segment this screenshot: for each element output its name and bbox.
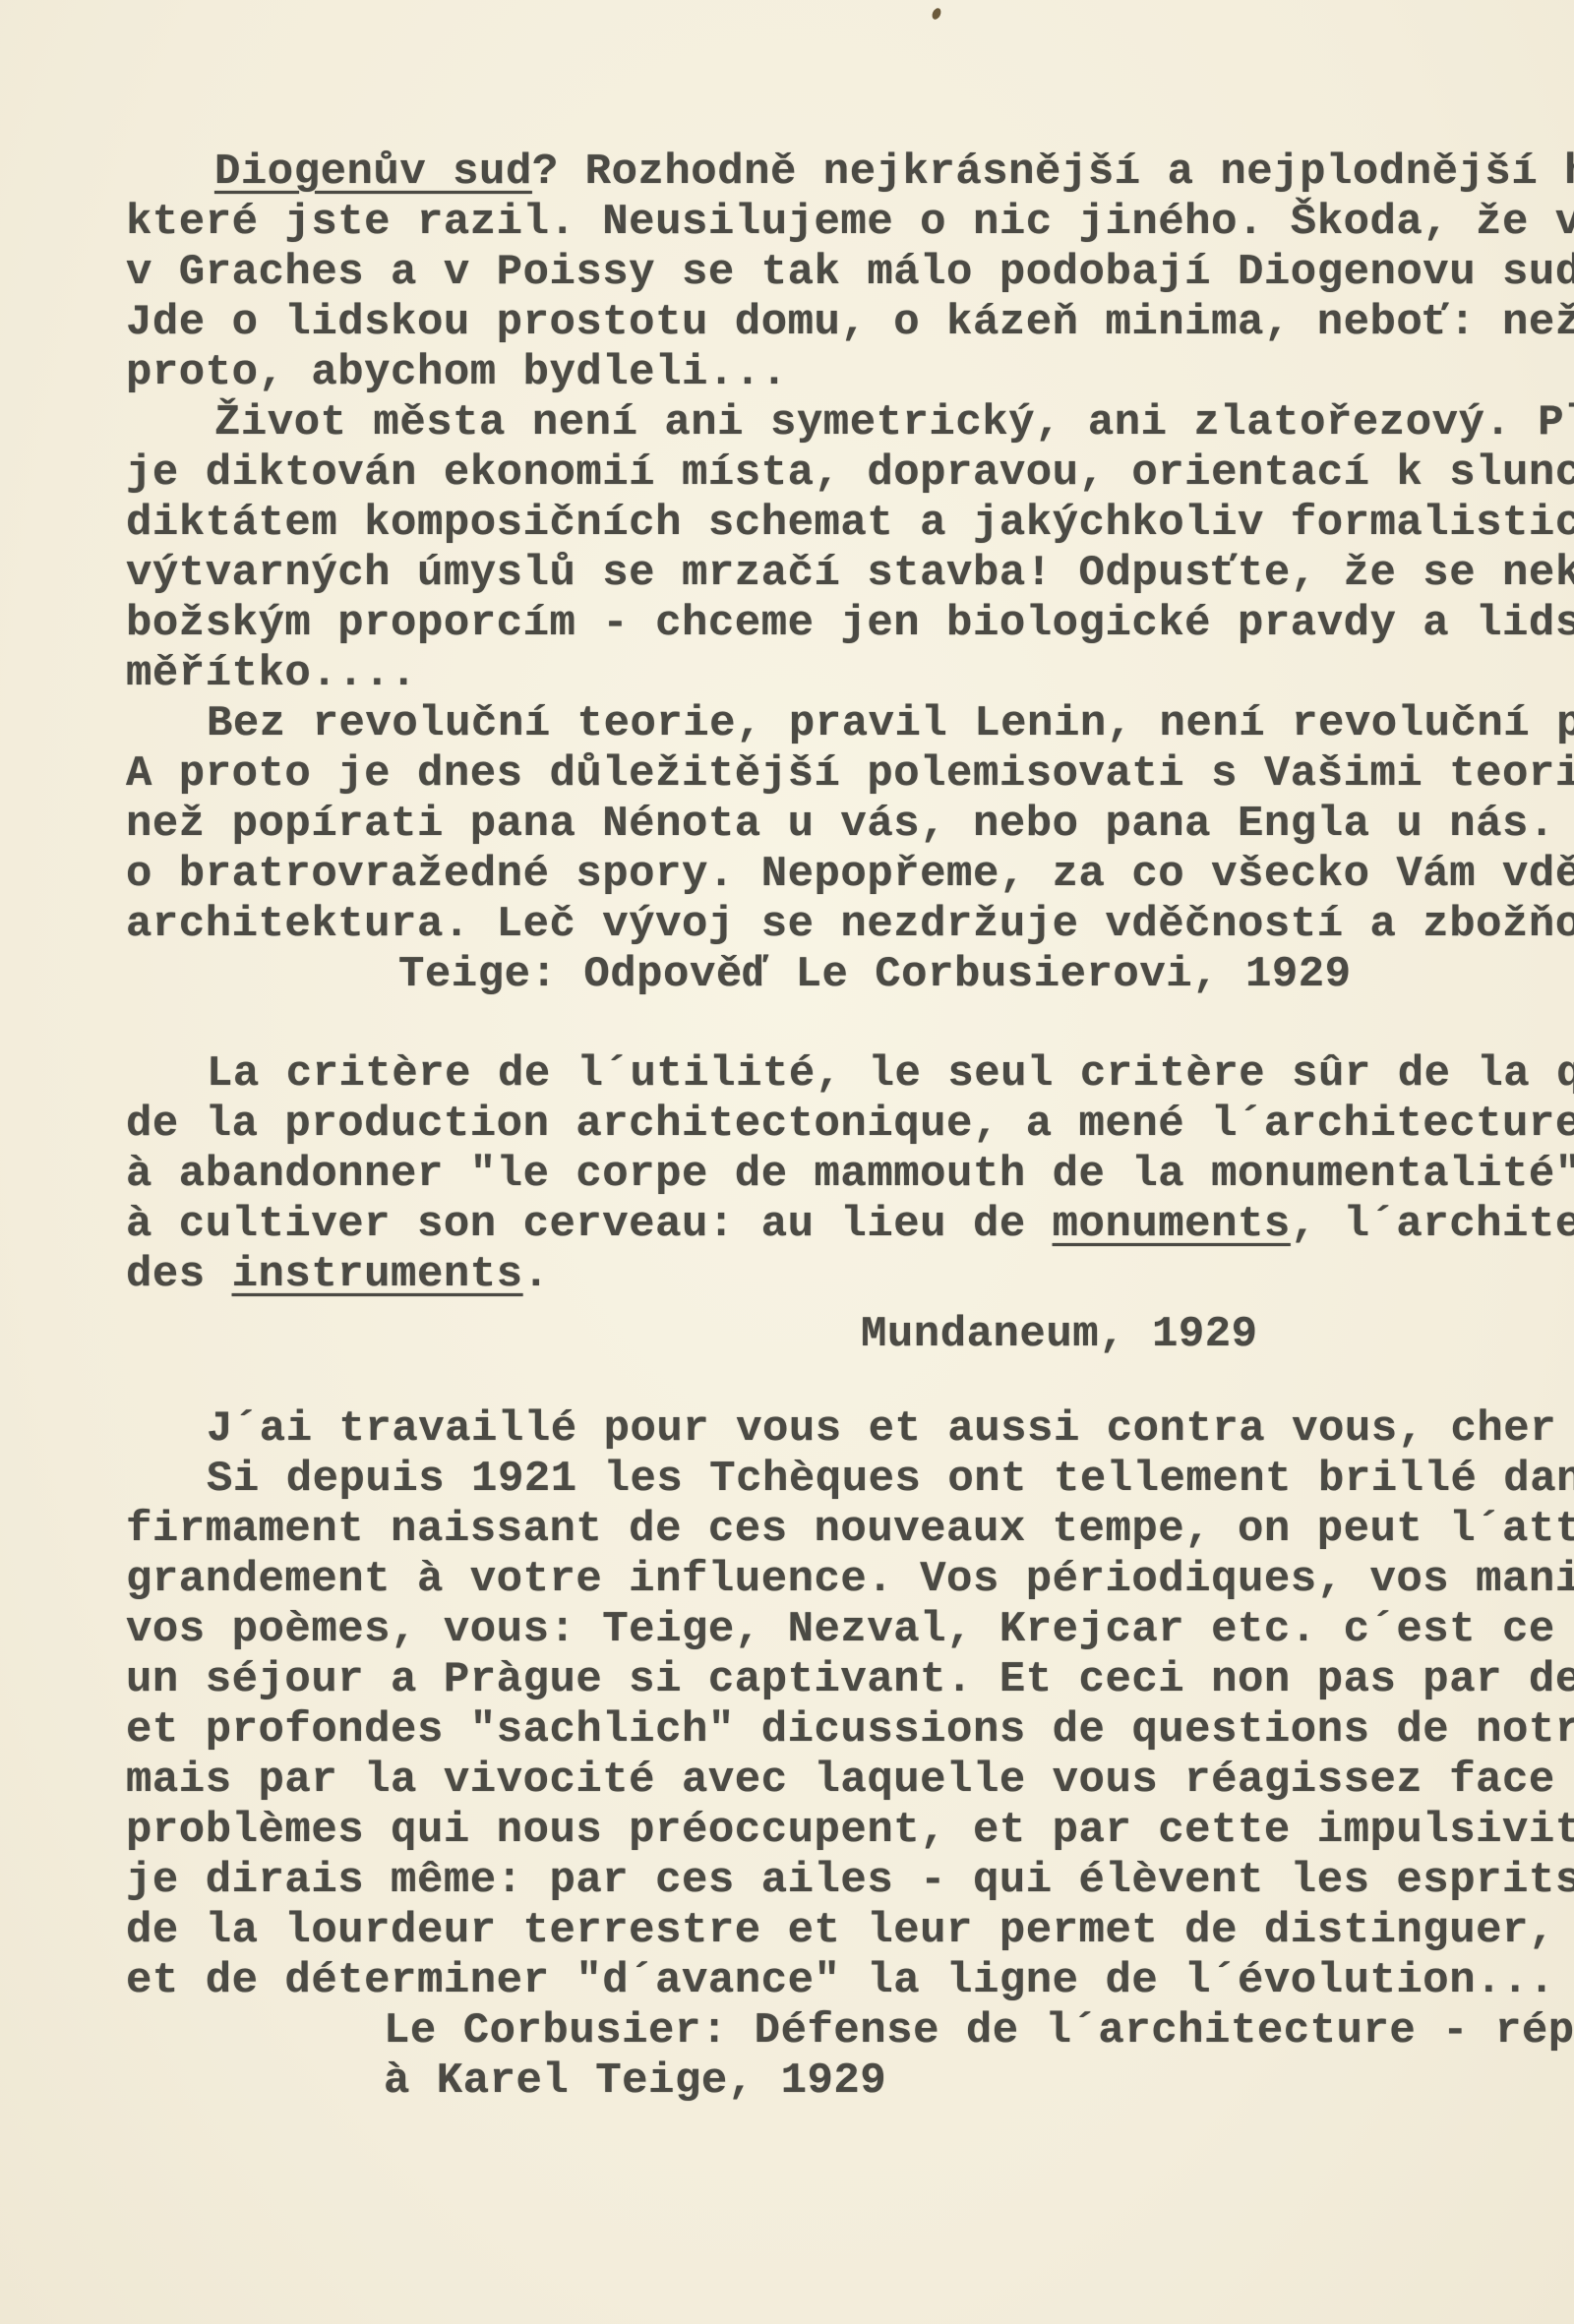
teige-line-7: je diktován ekonomií místa, dopravou, or… [126, 448, 1574, 498]
teige-line-2: které jste razil. Neusilujeme o nic jiné… [126, 198, 1574, 247]
corbusier-line-11: de la lourdeur terrestre et leur permet … [126, 1906, 1574, 1955]
ink-speck [931, 7, 942, 21]
corbusier-line-12: et de déterminer "d´avance" la ligne de … [126, 1956, 1555, 2005]
corbusier-attribution-1: Le Corbusier: Défense de l´architecture … [384, 2006, 1574, 2056]
teige-line-6: Život města není ani symetrický, ani zla… [214, 398, 1574, 447]
typewritten-page: Diogenův sud? Rozhodně nejkrásnější a ne… [0, 0, 1574, 2324]
corbusier-line-6: un séjour a Pràgue si captivant. Et ceci… [126, 1655, 1574, 1704]
teige-line-15: o bratrovražedné spory. Nepopřeme, za co… [126, 850, 1574, 899]
teige-line-16: architektura. Leč vývoj se nezdržuje vdě… [126, 900, 1574, 949]
corbusier-line-2: Si depuis 1921 les Tchèques ont tellemen… [207, 1455, 1574, 1504]
teige-attribution: Teige: Odpověď Le Corbusierovi, 1929 [398, 950, 1352, 999]
teige-line-4: Jde o lidskou prostotu domu, o kázeň min… [126, 298, 1574, 347]
underlined-word: instruments [232, 1250, 523, 1299]
corbusier-attribution-2: à Karel Teige, 1929 [384, 2056, 886, 2106]
corbusier-line-7: et profondes "sachlich" dicussions de qu… [126, 1705, 1574, 1755]
teige-line-12: Bez revoluční teorie, pravil Lenin, není… [207, 699, 1574, 748]
teige-line-10: božským proporcím - chceme jen biologick… [126, 599, 1574, 648]
mundaneum-line-5: des instruments. [126, 1250, 549, 1299]
teige-line-8: diktátem komposičních schemat a jakýchko… [126, 499, 1574, 548]
mundaneum-line-1: La critère de l´utilité, le seul critère… [207, 1049, 1574, 1099]
corbusier-line-9: problèmes qui nous préoccupent, et par c… [126, 1806, 1574, 1855]
underlined-word: monuments [1053, 1200, 1291, 1249]
mundaneum-line-4: à cultiver son cerveau: au lieu de monum… [126, 1200, 1574, 1249]
corbusier-line-8: mais par la vivocité avec laquelle vous … [126, 1756, 1574, 1805]
corbusier-line-1: J´ai travaillé pour vous et aussi contra… [207, 1404, 1574, 1454]
corbusier-line-5: vos poèmes, vous: Teige, Nezval, Krejcar… [126, 1605, 1574, 1654]
corbusier-line-4: grandement à votre influence. Vos périod… [126, 1555, 1574, 1604]
teige-line-11: měřítko.... [126, 649, 417, 698]
teige-line-3: v Graches a v Poissy se tak málo podobaj… [126, 248, 1574, 297]
mundaneum-line-3: à abandonner "le corpe de mammouth de la… [126, 1150, 1574, 1199]
mundaneum-line-2: de la production architectonique, a mené… [126, 1100, 1574, 1149]
underlined-phrase: Diogenův sud [214, 148, 532, 197]
teige-line-5: proto, abychom bydleli... [126, 348, 788, 397]
corbusier-line-3: firmament naissant de ces nouveaux tempe… [126, 1505, 1574, 1554]
teige-line-13: A proto je dnes důležitější polemisovati… [126, 749, 1574, 799]
teige-line-14: než popírati pana Nénota u vás, nebo pan… [126, 800, 1574, 849]
corbusier-line-10: je dirais même: par ces ailes - qui élèv… [126, 1856, 1574, 1905]
teige-line-9: výtvarných úmyslů se mrzačí stavba! Odpu… [126, 549, 1574, 598]
mundaneum-attribution: Mundaneum, 1929 [861, 1310, 1258, 1359]
teige-line-1: Diogenův sud? Rozhodně nejkrásnější a ne… [214, 148, 1574, 197]
